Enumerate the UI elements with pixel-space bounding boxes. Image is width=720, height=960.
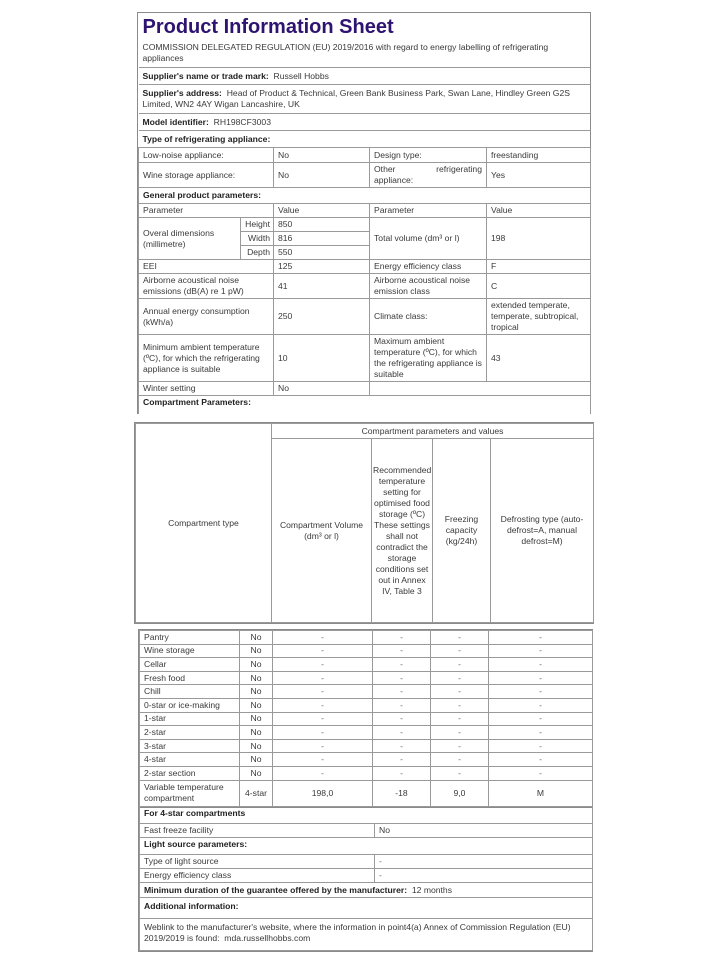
- compartment-defrost-cell: -: [489, 658, 593, 672]
- eei-value: 125: [274, 260, 370, 274]
- compartment-volume-cell: 198,0: [273, 780, 373, 806]
- supplier-value: Russell Hobbs: [274, 71, 329, 81]
- model-row: Model identifier: RH198CF3003: [139, 114, 591, 131]
- compartment-present-cell: No: [240, 658, 273, 672]
- compartment-volume-cell: -: [273, 753, 373, 767]
- col-compartment-volume: Compartment Volume (dm³ or l): [272, 439, 372, 623]
- compartment-row: Variable temperature compartment4-star19…: [140, 780, 593, 806]
- compartment-freezing-cell: -: [431, 726, 489, 740]
- fast-freeze-value: No: [375, 824, 593, 838]
- compartment-temp-cell: -: [373, 671, 431, 685]
- compartment-defrost-cell: -: [489, 631, 593, 645]
- guarantee-row: Minimum duration of the guarantee offere…: [140, 883, 593, 898]
- supplier-label: Supplier's name or trade mark:: [143, 71, 269, 81]
- noise-class-label: Airborne acoustical noise emission class: [370, 274, 487, 299]
- compartment-type-cell: 3-star: [140, 739, 240, 753]
- address-label: Supplier's address:: [143, 88, 222, 98]
- compartment-temp-cell: -: [373, 726, 431, 740]
- compartment-row: 2-starNo----: [140, 726, 593, 740]
- width-label: Width: [241, 232, 274, 246]
- col-freezing-capacity: Freezing capacity (kg/24h): [433, 439, 491, 623]
- width-value: 816: [274, 232, 370, 246]
- compartment-defrost-cell: -: [489, 671, 593, 685]
- compartment-freezing-cell: -: [431, 644, 489, 658]
- compartment-temp-cell: -: [373, 739, 431, 753]
- compartment-freezing-cell: -: [431, 739, 489, 753]
- total-volume-value: 198: [487, 218, 591, 260]
- total-volume-label: Total volume (dm³ or l): [370, 218, 487, 260]
- noise-class-value: C: [487, 274, 591, 299]
- additional-text-row: Weblink to the manufacturer's website, w…: [140, 919, 593, 951]
- compartment-freezing-cell: -: [431, 712, 489, 726]
- other-appliance-value: Yes: [487, 163, 591, 188]
- fast-freeze-label: Fast freeze facility: [140, 824, 375, 838]
- annual-energy-value: 250: [274, 299, 370, 335]
- compartment-present-cell: No: [240, 753, 273, 767]
- refrigerating-word: refrigerating: [436, 164, 482, 175]
- compartment-temp-cell: -: [373, 766, 431, 780]
- compartment-volume-cell: -: [273, 698, 373, 712]
- col-value-right: Value: [487, 204, 591, 218]
- compartment-type-cell: Pantry: [140, 631, 240, 645]
- col-value-left: Value: [274, 204, 370, 218]
- compartment-volume-cell: -: [273, 726, 373, 740]
- low-noise-value: No: [274, 148, 370, 163]
- compartment-row: 0-star or ice-makingNo----: [140, 698, 593, 712]
- noise-label: Airborne acoustical noise emissions (dB(…: [139, 274, 274, 299]
- light-class-value: -: [375, 869, 593, 883]
- empty-cell: [370, 382, 591, 396]
- compartment-volume-cell: -: [273, 712, 373, 726]
- max-ambient-label: Maximum ambient temperature (ºC), for wh…: [370, 335, 487, 382]
- climate-label: Climate class:: [370, 299, 487, 335]
- compartment-freezing-cell: -: [431, 631, 489, 645]
- compartment-volume-cell: -: [273, 671, 373, 685]
- col-compartment-type: Compartment type: [136, 424, 272, 623]
- compartment-freezing-cell: -: [431, 698, 489, 712]
- light-heading: Light source parameters:: [140, 838, 593, 855]
- compartment-row: Fresh foodNo----: [140, 671, 593, 685]
- compartment-type-cell: 2-star section: [140, 766, 240, 780]
- compartment-type-cell: Cellar: [140, 658, 240, 672]
- winter-label: Winter setting: [139, 382, 274, 396]
- other-word: Other: [374, 164, 396, 175]
- min-ambient-value: 10: [274, 335, 370, 382]
- supplier-row: Supplier's name or trade mark: Russell H…: [139, 68, 591, 85]
- general-heading: General product parameters:: [139, 188, 591, 204]
- noise-value: 41: [274, 274, 370, 299]
- low-noise-label: Low-noise appliance:: [139, 148, 274, 163]
- compartment-present-cell: No: [240, 726, 273, 740]
- guarantee-label: Minimum duration of the guarantee offere…: [144, 885, 407, 895]
- height-label: Height: [241, 218, 274, 232]
- compartment-temp-cell: -: [373, 644, 431, 658]
- compartment-volume-cell: -: [273, 631, 373, 645]
- depth-value: 550: [274, 246, 370, 260]
- compartment-row: 4-starNo----: [140, 753, 593, 767]
- compartment-row: 2-star sectionNo----: [140, 766, 593, 780]
- compartment-defrost-cell: M: [489, 780, 593, 806]
- regulation-text: COMMISSION DELEGATED REGULATION (EU) 201…: [139, 40, 591, 68]
- compartment-volume-cell: -: [273, 766, 373, 780]
- wine-storage-label: Wine storage appliance:: [139, 163, 274, 188]
- compartment-type-cell: Wine storage: [140, 644, 240, 658]
- wine-storage-value: No: [274, 163, 370, 188]
- compartment-row: PantryNo----: [140, 631, 593, 645]
- dimensions-label: Overal dimensions (millimetre): [139, 218, 241, 260]
- page-title: Product Information Sheet: [139, 13, 591, 40]
- compartment-defrost-cell: -: [489, 753, 593, 767]
- compartment-type-cell: Variable temperature compartment: [140, 780, 240, 806]
- address-row: Supplier's address: Head of Product & Te…: [139, 85, 591, 114]
- compartment-temp-cell: -: [373, 753, 431, 767]
- compartment-freezing-cell: 9,0: [431, 780, 489, 806]
- compartment-row: Wine storageNo----: [140, 644, 593, 658]
- product-info-sheet-upper: Product Information Sheet COMMISSION DEL…: [137, 12, 591, 414]
- appliance-word: appliance:: [374, 175, 413, 185]
- product-info-sheet-lower: For 4-star compartments Fast freeze faci…: [138, 806, 593, 952]
- energy-class-label: Energy efficiency class: [370, 260, 487, 274]
- model-value: RH198CF3003: [214, 117, 271, 127]
- type-heading: Type of refrigerating appliance:: [139, 131, 591, 148]
- compartment-present-cell: No: [240, 631, 273, 645]
- compartment-defrost-cell: -: [489, 644, 593, 658]
- col-defrosting-type: Defrosting type (auto-defrost=A, manual …: [491, 439, 594, 623]
- compartment-freezing-cell: -: [431, 766, 489, 780]
- col-group-header: Compartment parameters and values: [272, 424, 594, 439]
- max-ambient-value: 43: [487, 335, 591, 382]
- other-appliance-label: Otherrefrigeratingappliance:: [370, 163, 487, 188]
- light-type-value: -: [375, 855, 593, 869]
- col-recommended-temp: Recommended temperature setting for opti…: [372, 439, 433, 623]
- compartment-temp-cell: -: [373, 658, 431, 672]
- compartment-temp-cell: -: [373, 712, 431, 726]
- compartment-defrost-cell: -: [489, 685, 593, 699]
- compartment-temp-cell: -: [373, 631, 431, 645]
- col-parameter-right: Parameter: [370, 204, 487, 218]
- compartment-defrost-cell: -: [489, 766, 593, 780]
- min-ambient-label: Minimum ambient temperature (ºC), for wh…: [139, 335, 274, 382]
- compartment-type-cell: 1-star: [140, 712, 240, 726]
- additional-text: Weblink to the manufacturer's website, w…: [144, 922, 571, 943]
- compartment-present-cell: No: [240, 671, 273, 685]
- eei-label: EEI: [139, 260, 274, 274]
- compartment-present-cell: No: [240, 644, 273, 658]
- guarantee-value: 12 months: [412, 885, 452, 895]
- winter-value: No: [274, 382, 370, 396]
- compartment-defrost-cell: -: [489, 726, 593, 740]
- four-star-heading: For 4-star compartments: [140, 807, 593, 824]
- compartment-type-cell: Fresh food: [140, 671, 240, 685]
- compartment-freezing-cell: -: [431, 685, 489, 699]
- compartment-row: 3-starNo----: [140, 739, 593, 753]
- climate-value: extended temperate, temperate, subtropic…: [487, 299, 591, 335]
- compartment-temp-cell: -: [373, 698, 431, 712]
- compartment-header-table: Compartment type Compartment parameters …: [134, 422, 594, 624]
- light-type-label: Type of light source: [140, 855, 375, 869]
- compartment-freezing-cell: -: [431, 753, 489, 767]
- compartment-heading: Compartment Parameters:: [139, 396, 591, 415]
- compartment-defrost-cell: -: [489, 712, 593, 726]
- height-value: 850: [274, 218, 370, 232]
- compartment-volume-cell: -: [273, 644, 373, 658]
- col-parameter-left: Parameter: [139, 204, 274, 218]
- model-label: Model identifier:: [143, 117, 209, 127]
- depth-label: Depth: [241, 246, 274, 260]
- annual-energy-label: Annual energy consumption (kWh/a): [139, 299, 274, 335]
- compartment-type-cell: 4-star: [140, 753, 240, 767]
- compartment-type-cell: 2-star: [140, 726, 240, 740]
- compartment-rows-table: PantryNo----Wine storageNo----CellarNo--…: [138, 629, 593, 808]
- compartment-row: ChillNo----: [140, 685, 593, 699]
- compartment-volume-cell: -: [273, 685, 373, 699]
- compartment-freezing-cell: -: [431, 671, 489, 685]
- compartment-present-cell: No: [240, 685, 273, 699]
- additional-heading: Additional information:: [140, 898, 593, 919]
- compartment-defrost-cell: -: [489, 739, 593, 753]
- manufacturer-weblink[interactable]: mda.russellhobbs.com: [224, 933, 310, 943]
- compartment-present-cell: No: [240, 698, 273, 712]
- design-type-label: Design type:: [370, 148, 487, 163]
- compartment-temp-cell: -: [373, 685, 431, 699]
- compartment-volume-cell: -: [273, 739, 373, 753]
- design-type-value: freestanding: [487, 148, 591, 163]
- compartment-type-cell: Chill: [140, 685, 240, 699]
- light-class-label: Energy efficiency class: [140, 869, 375, 883]
- compartment-present-cell: No: [240, 712, 273, 726]
- compartment-defrost-cell: -: [489, 698, 593, 712]
- compartment-present-cell: No: [240, 739, 273, 753]
- compartment-present-cell: 4-star: [240, 780, 273, 806]
- compartment-volume-cell: -: [273, 658, 373, 672]
- compartment-type-cell: 0-star or ice-making: [140, 698, 240, 712]
- compartment-present-cell: No: [240, 766, 273, 780]
- energy-class-value: F: [487, 260, 591, 274]
- compartment-row: 1-starNo----: [140, 712, 593, 726]
- compartment-temp-cell: -18: [373, 780, 431, 806]
- compartment-freezing-cell: -: [431, 658, 489, 672]
- compartment-row: CellarNo----: [140, 658, 593, 672]
